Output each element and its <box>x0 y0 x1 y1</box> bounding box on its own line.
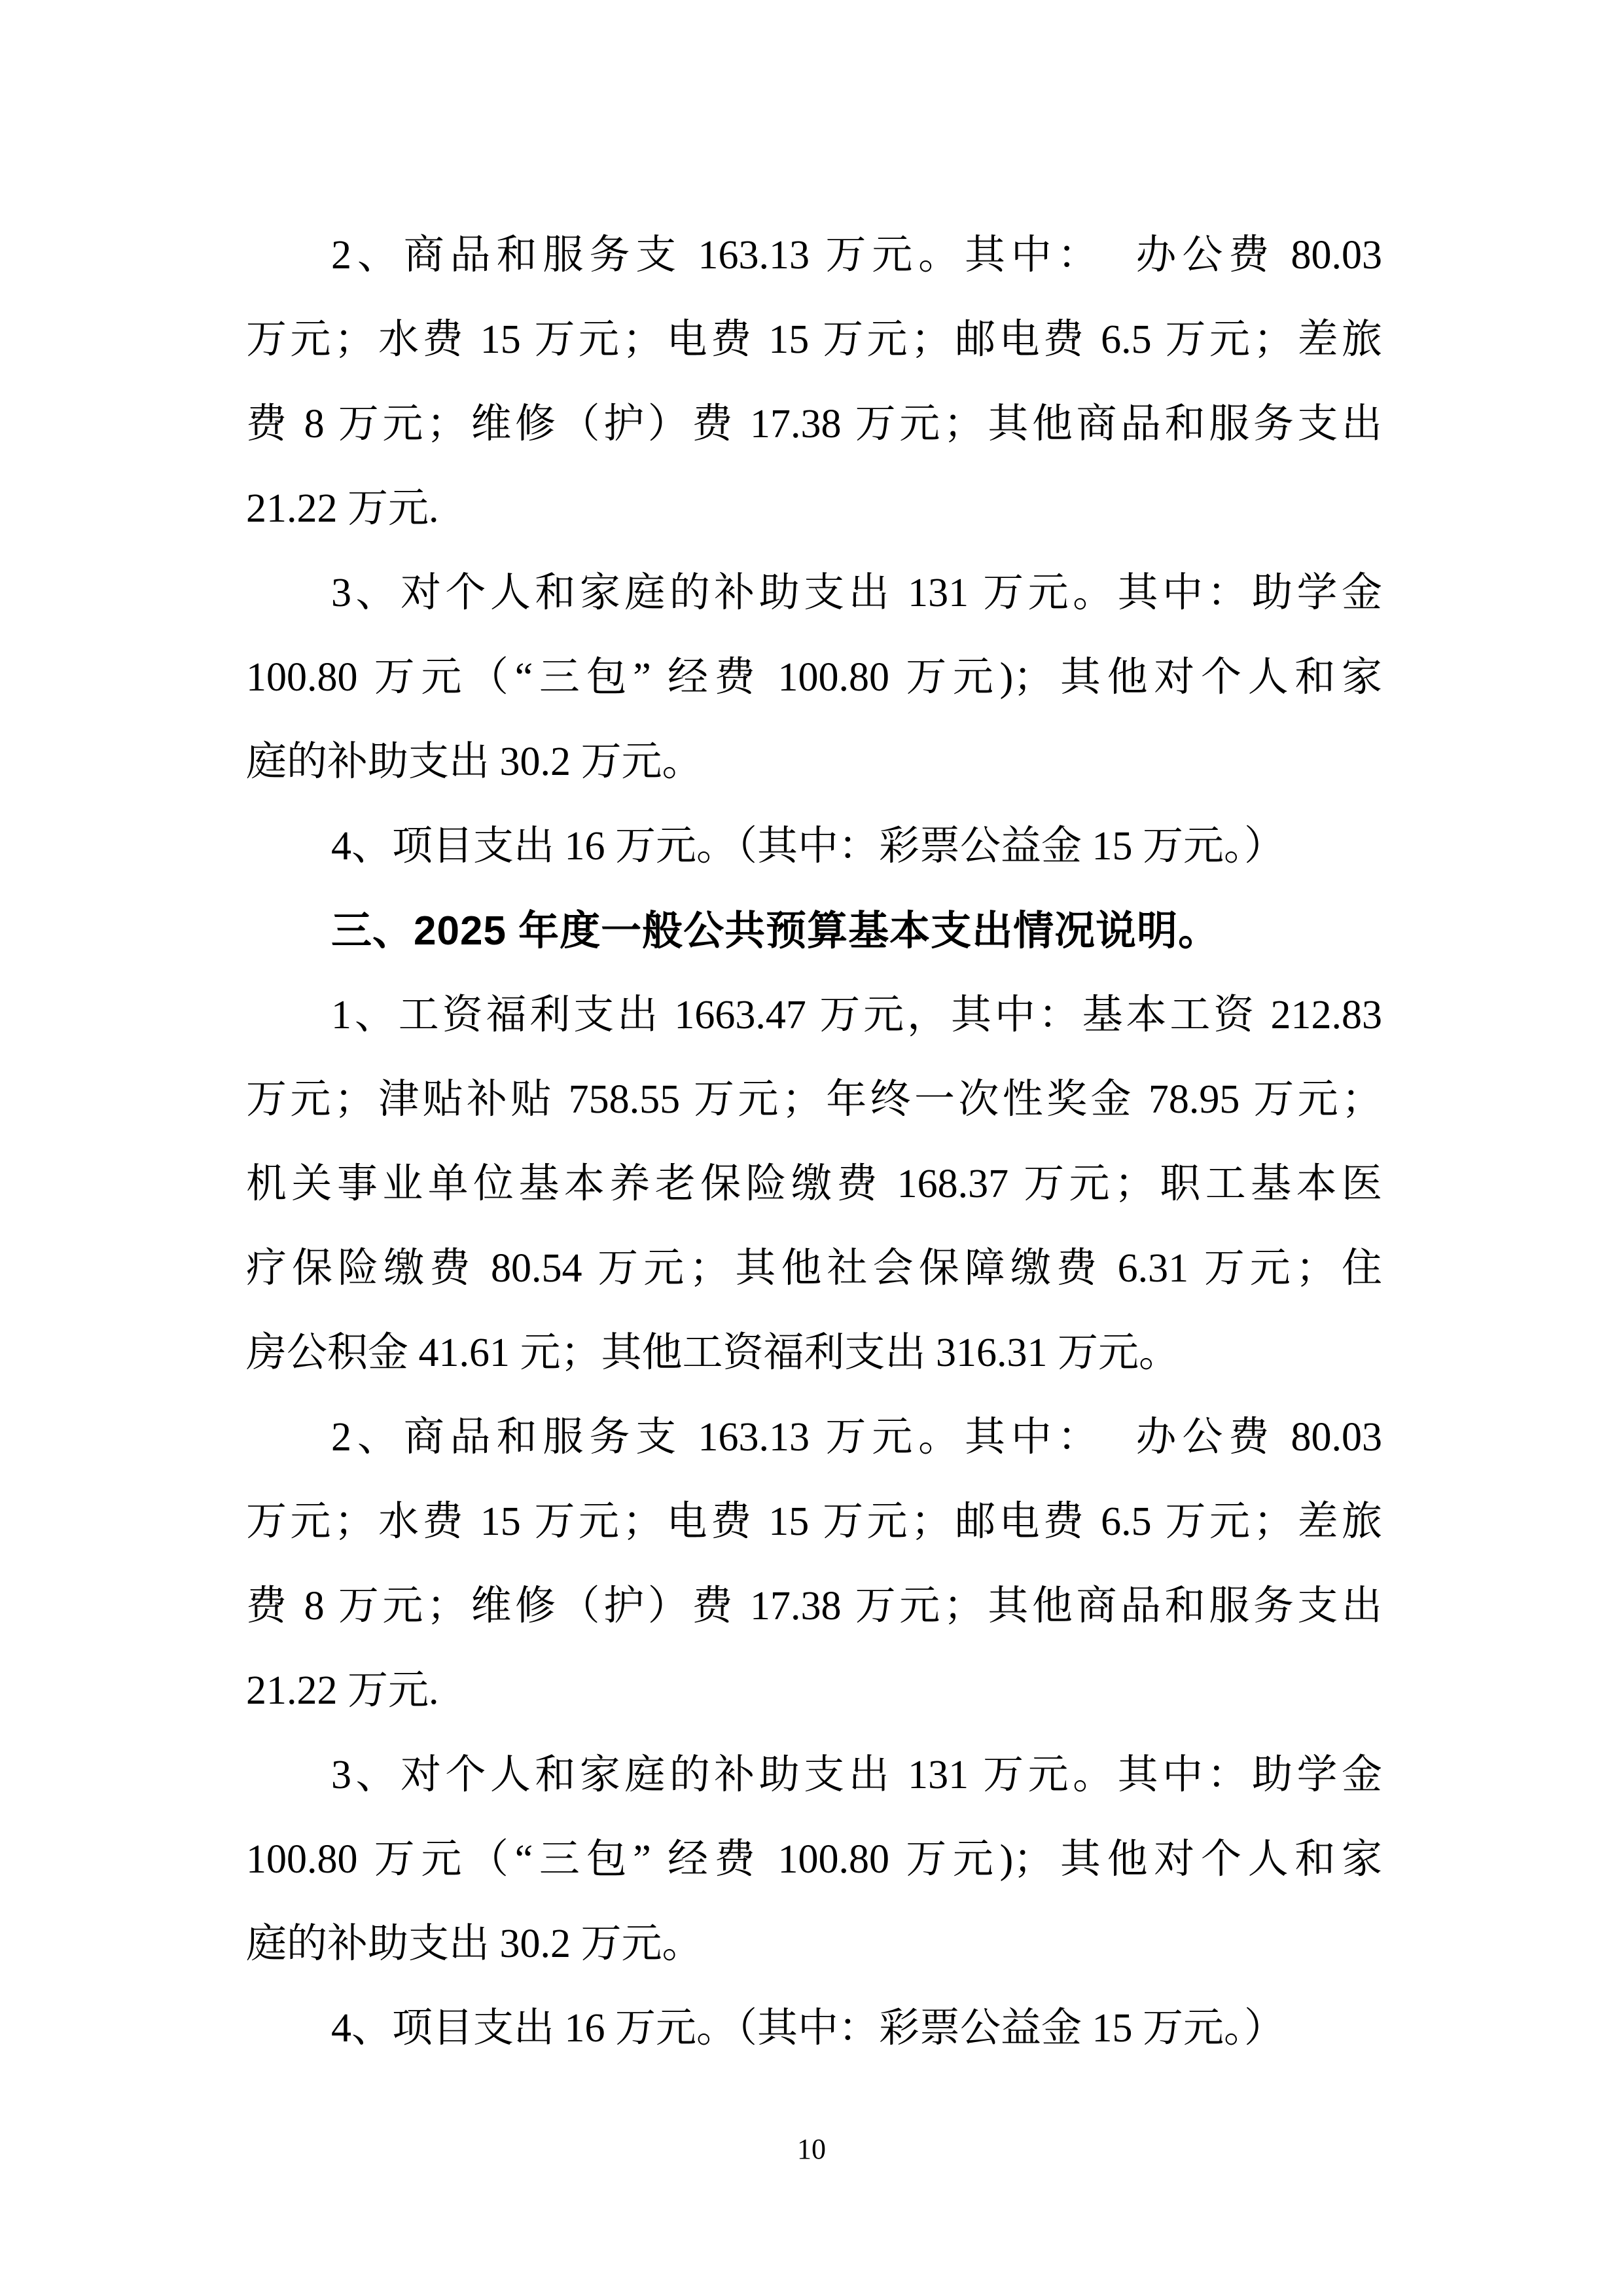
text-line: 费 8 万元；维修（护）费 17.38 万元；其他商品和服务支出 <box>246 382 1382 467</box>
text-line: 2、商品和服务支 163.13 万元。其中： 办公费 80.03 <box>246 1395 1382 1480</box>
text-line: 庭的补助支出 30.2 万元。 <box>246 1902 1382 1986</box>
text-line: 4、项目支出 16 万元。（其中：彩票公益金 15 万元。） <box>246 1986 1382 2071</box>
text-line: 万元；津贴补贴 758.55 万元；年终一次性奖金 78.95 万元； <box>246 1058 1382 1142</box>
text-line: 机关事业单位基本养老保险缴费 168.37 万元；职工基本医 <box>246 1142 1382 1227</box>
section-heading: 三、2025 年度一般公共预算基本支出情况说明。 <box>246 889 1382 973</box>
text-line: 1、工资福利支出 1663.47 万元，其中：基本工资 212.83 <box>246 973 1382 1058</box>
text-line: 费 8 万元；维修（护）费 17.38 万元；其他商品和服务支出 <box>246 1564 1382 1649</box>
text-line: 21.22 万元. <box>246 467 1382 551</box>
text-line: 房公积金 41.61 元；其他工资福利支出 316.31 万元。 <box>246 1311 1382 1395</box>
text-line: 万元；水费 15 万元；电费 15 万元；邮电费 6.5 万元；差旅 <box>246 298 1382 382</box>
text-line: 3、对个人和家庭的补助支出 131 万元。其中：助学金 <box>246 551 1382 636</box>
text-line: 庭的补助支出 30.2 万元。 <box>246 720 1382 804</box>
text-line: 2、商品和服务支 163.13 万元。其中： 办公费 80.03 <box>246 213 1382 298</box>
text-line: 疗保险缴费 80.54 万元；其他社会保障缴费 6.31 万元；住 <box>246 1227 1382 1311</box>
text-line: 100.80 万元（“三包” 经费 100.80 万元)；其他对个人和家 <box>246 636 1382 720</box>
text-line: 3、对个人和家庭的补助支出 131 万元。其中：助学金 <box>246 1733 1382 1818</box>
document-body: 2、商品和服务支 163.13 万元。其中： 办公费 80.03 万元；水费 1… <box>246 213 1382 2071</box>
text-line: 100.80 万元（“三包” 经费 100.80 万元)；其他对个人和家 <box>246 1818 1382 1902</box>
text-line: 万元；水费 15 万元；电费 15 万元；邮电费 6.5 万元；差旅 <box>246 1480 1382 1564</box>
page-number: 10 <box>0 2132 1623 2166</box>
text-line: 21.22 万元. <box>246 1649 1382 1733</box>
document-page: 2、商品和服务支 163.13 万元。其中： 办公费 80.03 万元；水费 1… <box>0 0 1623 2296</box>
text-line: 4、项目支出 16 万元。（其中：彩票公益金 15 万元。） <box>246 804 1382 889</box>
